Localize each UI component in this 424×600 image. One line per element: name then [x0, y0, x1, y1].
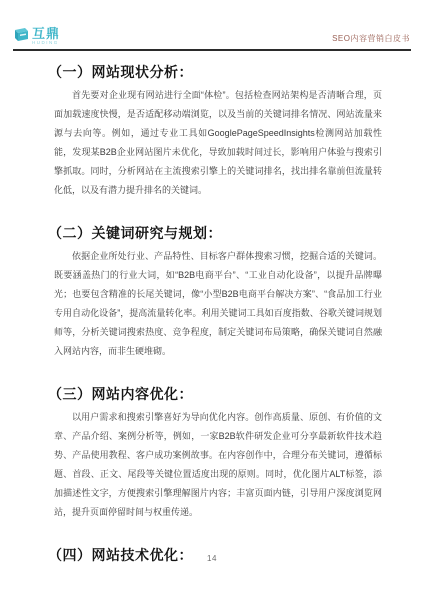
section-paragraph: 首先要对企业现有网站进行全面“体检”。包括检查网站架构是否清晰合理，页面加载速度…: [54, 86, 382, 200]
section-paragraph: 以用户需求和搜索引擎喜好为导向优化内容。创作高质量、原创、有价值的文章、产品介绍…: [54, 408, 382, 522]
page-footer: 14: [0, 548, 424, 566]
header-divider: [13, 49, 411, 51]
logo-brand-name: 互鼎: [32, 27, 60, 40]
logo-text: 互鼎 HUDING: [32, 27, 60, 46]
document-title: SEO内容营销白皮书: [332, 33, 410, 46]
logo-subtext: HUDING: [32, 41, 60, 46]
section-keyword-research: （二）关键词研究与规划： 依据企业所处行业、产品特性、目标客户群体搜索习惯，挖掘…: [50, 223, 382, 361]
section-heading: （一）网站现状分析：: [48, 62, 382, 82]
document-page: 互鼎 HUDING SEO内容营销白皮书 （一）网站现状分析： 首先要对企业现有…: [0, 0, 424, 600]
section-heading: （二）关键词研究与规划：: [48, 223, 382, 243]
page-number: 14: [207, 554, 217, 563]
logo-cube-icon: [13, 27, 30, 43]
section-content-optimization: （三）网站内容优化： 以用户需求和搜索引擎喜好为导向优化内容。创作高质量、原创、…: [50, 384, 382, 522]
section-heading: （三）网站内容优化：: [48, 384, 382, 404]
document-body: （一）网站现状分析： 首先要对企业现有网站进行全面“体检”。包括检查网站架构是否…: [0, 62, 424, 565]
section-site-analysis: （一）网站现状分析： 首先要对企业现有网站进行全面“体检”。包括检查网站架构是否…: [50, 62, 382, 200]
page-header: 互鼎 HUDING SEO内容营销白皮书: [0, 0, 424, 49]
section-paragraph: 依据企业所处行业、产品特性、目标客户群体搜索习惯，挖掘合适的关键词。既要涵盖热门…: [54, 247, 382, 361]
brand-logo: 互鼎 HUDING: [13, 27, 60, 46]
